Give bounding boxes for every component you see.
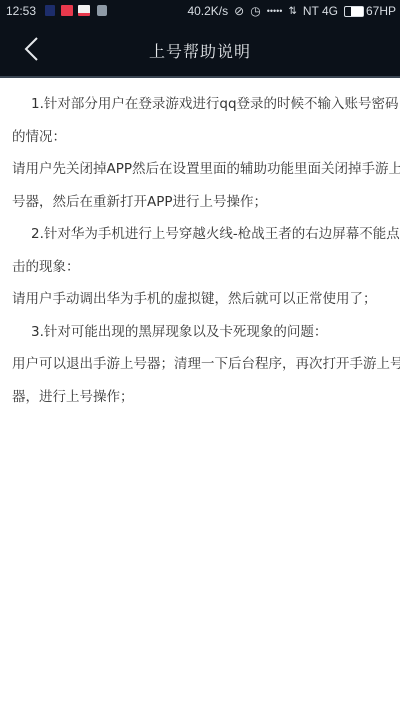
help-item-1-heading-cont: 的情况： [12,121,388,154]
nav-header: 上号帮助说明 [0,22,400,78]
alarm-icon: ◷ [250,4,260,18]
help-item-2-answer: 请用户手动调出华为手机的虚拟键，然后就可以正常使用了； [12,283,388,316]
battery-icon [344,6,364,17]
status-right-group: 40.2K/s ⊘ ◷ ••••• ⇅ NT 4G 67HP [187,4,396,18]
notification-app-icon [45,5,55,16]
gray-app-icon [97,5,107,16]
help-item-3-answer-cont: 器，进行上号操作； [12,381,388,414]
help-item-1-heading: 1.针对部分用户在登录游戏进行qq登录的时候不输入账号密码 [12,88,388,121]
sync-off-icon: ⊘ [234,4,244,18]
help-item-2-heading: 2.针对华为手机进行上号穿越火线-枪战王者的右边屏幕不能点 [12,218,388,251]
help-item-3-answer: 用户可以退出手游上号器；清理一下后台程序，再次打开手游上号 [12,348,388,381]
help-item-2-heading-cont: 击的现象： [12,251,388,284]
help-content: 1.针对部分用户在登录游戏进行qq登录的时候不输入账号密码 的情况： 请用户先关… [0,78,400,413]
red-app-icon [61,5,73,16]
signal-dots-icon: ••••• [267,6,283,16]
carrier-label: NT 4G [303,4,338,18]
help-item-3-heading: 3.针对可能出现的黑屏现象以及卡死现象的问题： [12,316,388,349]
data-arrows-icon: ⇅ [288,6,296,17]
network-speed: 40.2K/s [187,4,228,18]
status-time: 12:53 [6,4,36,18]
help-item-1-answer: 请用户先关闭掉APP然后在设置里面的辅助功能里面关闭掉手游上 [12,153,388,186]
page-title: 上号帮助说明 [0,39,400,62]
help-item-1-answer-cont: 号器，然后在重新打开APP进行上号操作； [12,186,388,219]
red-white-app-icon [78,5,90,16]
status-bar: 12:53 40.2K/s ⊘ ◷ ••••• ⇅ NT 4G 67HP [0,0,400,22]
battery-level: 67HP [366,4,396,18]
